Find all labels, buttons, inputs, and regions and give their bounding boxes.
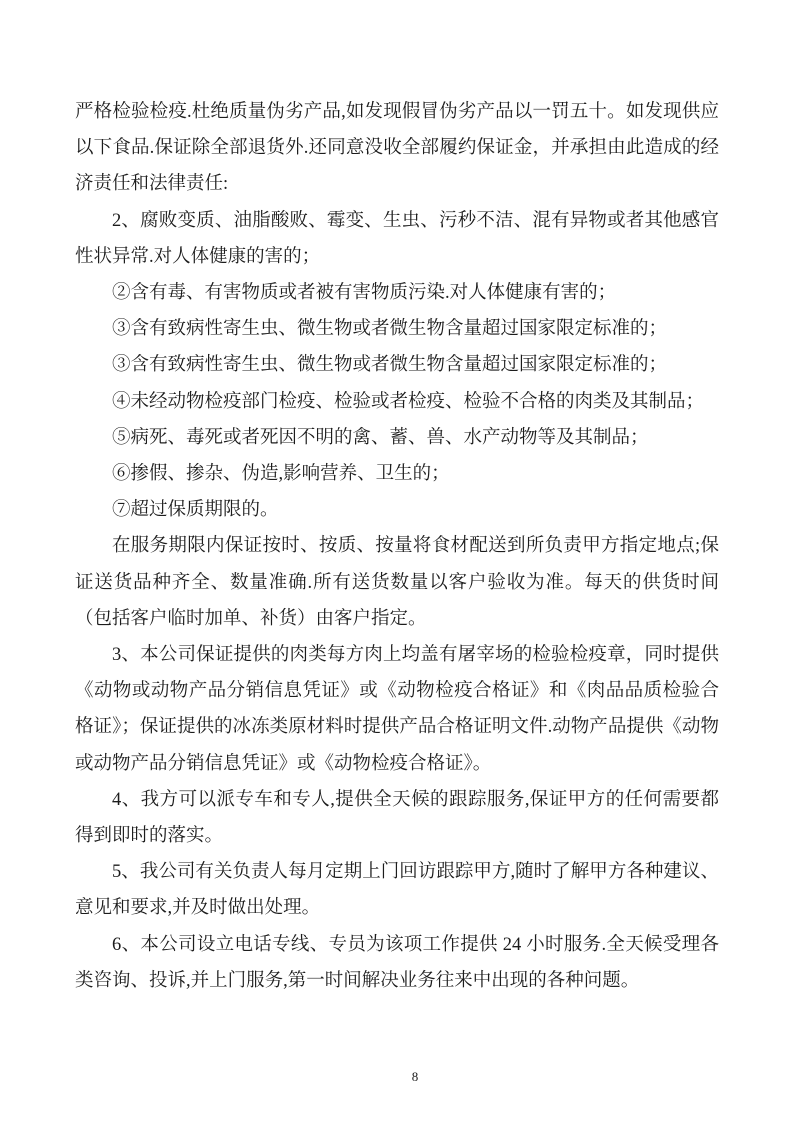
paragraph-item-circle-6: ⑥掺假、掺杂、伪造,影响营养、卫生的； — [75, 456, 719, 492]
paragraph-item-2: 2、腐败变质、油脂酸败、霉变、生虫、污秒不洁、混有异物或者其他感官性状异常.对人… — [75, 203, 719, 275]
page-number: 8 — [412, 1068, 419, 1086]
paragraph-item-circle-5: ⑤病死、毒死或者死因不明的禽、蓄、兽、水产动物等及其制品； — [75, 420, 719, 456]
paragraph-item-circle-4: ④未经动物检疫部门检疫、检验或者检疫、检验不合格的肉类及其制品； — [75, 384, 719, 420]
paragraph-item-circle-2: ②含有毒、有害物质或者被有害物质污染.对人体健康有害的； — [75, 275, 719, 311]
paragraph-delivery-promise: 在服务期限内保证按时、按质、按量将食材配送到所负责甲方指定地点;保证送货品种齐全… — [75, 528, 719, 637]
paragraph-item-6: 6、本公司设立电话专线、专员为该项工作提供 24 小时服务.全天候受理各类咨询、… — [75, 927, 719, 999]
paragraph-intro: 严格检验检疫.杜绝质量伪劣产品,如发现假冒伪劣产品以一罚五十。如发现供应以下食品… — [75, 94, 719, 203]
paragraph-item-circle-3a: ③含有致病性寄生虫、微生物或者微生物含量超过国家限定标准的； — [75, 311, 719, 347]
document-page: 严格检验检疫.杜绝质量伪劣产品,如发现假冒伪劣产品以一罚五十。如发现供应以下食品… — [0, 0, 794, 1123]
page-body: 严格检验检疫.杜绝质量伪劣产品,如发现假冒伪劣产品以一罚五十。如发现供应以下食品… — [75, 94, 719, 999]
paragraph-item-circle-3b: ③含有致病性寄生虫、微生物或者微生物含量超过国家限定标准的； — [75, 347, 719, 383]
paragraph-item-4: 4、我方可以派专车和专人,提供全天候的跟踪服务,保证甲方的任何需要都得到即时的落… — [75, 782, 719, 854]
page-footer: 8 — [0, 1068, 794, 1086]
paragraph-item-5: 5、我公司有关负责人每月定期上门回访跟踪甲方,随时了解甲方各种建议、意见和要求,… — [75, 854, 719, 926]
paragraph-item-3: 3、本公司保证提供的肉类每方肉上均盖有屠宰场的检验检疫章，同时提供《动物或动物产… — [75, 637, 719, 782]
paragraph-item-circle-7: ⑦超过保质期限的。 — [75, 492, 719, 528]
